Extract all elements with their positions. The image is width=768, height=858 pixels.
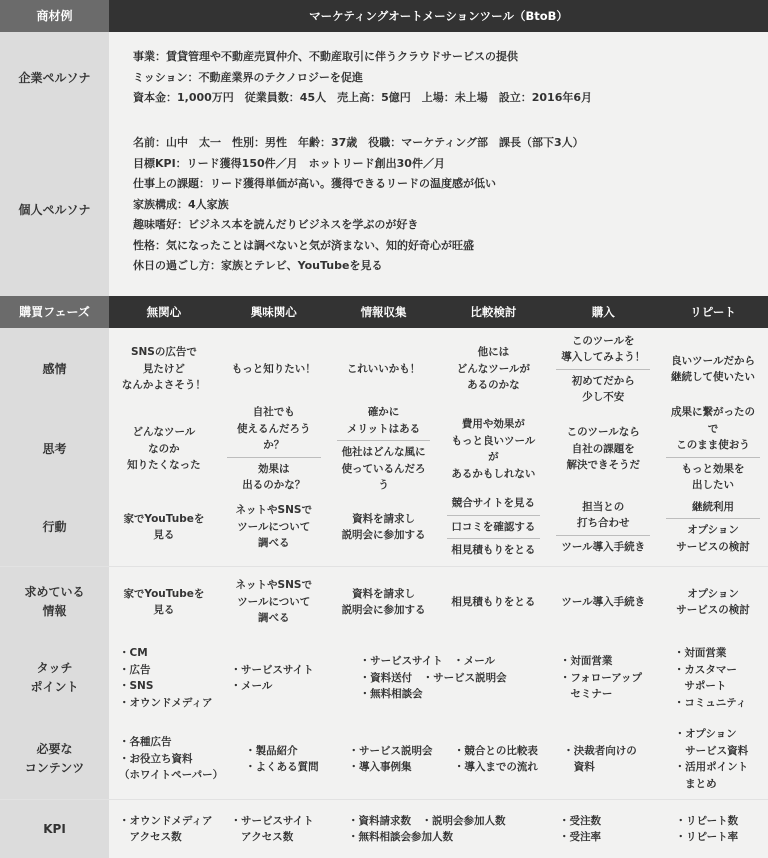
individual-line: 休日の過ごし方：家族とテレビ、YouTubeを見る	[133, 256, 768, 277]
info-cell: ツール導入手続き	[548, 567, 658, 637]
company-persona-body: 事業：賃貸管理や不動産売買仲介、不動産取引に伴うクラウドサービスの提供 ミッショ…	[109, 32, 768, 124]
phase-header: 無関心 興味関心 情報収集 比較検討 購入 リピート	[109, 296, 768, 328]
info-cell: 相見積もりをとる	[438, 567, 548, 637]
kpi-cell: ・受注数・受注率	[529, 800, 651, 858]
touchpoint-cell-wide: ・サービスサイト ・メール・資料送付 ・サービス説明会・無料相談会	[325, 637, 544, 719]
content-cell: ・決裁者向けの 資料	[547, 719, 656, 799]
info-cell: ネットやSNSでツールについて調べる	[219, 567, 329, 637]
info-cell: 資料を請求し説明会に参加する	[329, 567, 439, 637]
info-cell: 家でYouTubeを見る	[109, 567, 219, 637]
phase-research: 情報収集	[329, 296, 439, 328]
emotion-cell: もっと知りたい！	[219, 328, 329, 410]
phase-header-label: 購買フェーズ	[0, 296, 109, 328]
info-cell: オプションサービスの検討	[658, 567, 768, 637]
kpi-row: KPI ・オウンドメディア アクセス数 ・サービスサイト アクセス数 ・資料請求…	[0, 800, 768, 858]
individual-line: 目標KPI：リード獲得150件／月 ホットリード創出30件／月	[133, 154, 768, 175]
emotion-cell: 良いツールだから継続して使いたい	[658, 328, 768, 410]
emotion-cell: これいいかも！	[329, 328, 439, 410]
company-persona-row: 企業ペルソナ 事業：賃貸管理や不動産売買仲介、不動産取引に伴うクラウドサービスの…	[0, 32, 768, 124]
action-cell: 競合サイトを見る口コミを確認する相見積もりをとる	[438, 488, 548, 566]
individual-line: 名前：山中 太一 性別：男性 年齢：37歳 役職：マーケティング部 課長（部下3…	[133, 133, 768, 154]
phase-header-row: 購買フェーズ 無関心 興味関心 情報収集 比較検討 購入 リピート	[0, 296, 768, 328]
individual-persona-label: 個人ペルソナ	[0, 124, 109, 296]
emotion-row: 感情 SNSの広告で見たけどなんかよさそう！ もっと知りたい！ これいいかも！ …	[0, 328, 768, 410]
thought-cell: 自社でも使えるんだろうか？効果は出るのかな？	[219, 410, 329, 488]
thought-row: 思考 どんなツールなのか知りたくなった 自社でも使えるんだろうか？効果は出るのか…	[0, 410, 768, 488]
thought-cell: 確かにメリットはある他社はどんな風に使っているんだろう	[329, 410, 439, 488]
touchpoint-row: タッチポイント ・CM・広告・SNS・オウンドメディア ・サービスサイト・メール…	[0, 637, 768, 719]
touchpoint-cell: ・対面営業・フォローアップ セミナー	[544, 637, 654, 719]
individual-line: 性格：気になったことは調べないと気が済まない、知的好奇心が旺盛	[133, 236, 768, 257]
emotion-label: 感情	[0, 328, 109, 410]
content-label: 必要なコンテンツ	[0, 719, 109, 799]
action-label: 行動	[0, 488, 109, 566]
phase-unaware: 無関心	[109, 296, 219, 328]
individual-line: 家族構成：4人家族	[133, 195, 768, 216]
emotion-cell: 他にはどんなツールがあるのかな	[438, 328, 548, 410]
individual-line: 趣味嗜好：ビジネス本を読んだりビジネスを学ぶのが好き	[133, 215, 768, 236]
kpi-cell: ・リピート数・リピート率	[652, 800, 768, 858]
action-cell: 資料を請求し説明会に参加する	[329, 488, 439, 566]
thought-cell: 成果に繋がったのでこのまま使おうもっと効果を出したい	[658, 410, 768, 488]
touchpoint-label: タッチポイント	[0, 637, 109, 719]
content-cell: ・オプション サービス資料・活用ポイント まとめ	[657, 719, 768, 799]
phase-interest: 興味関心	[219, 296, 329, 328]
kpi-cell: ・オウンドメディア アクセス数	[109, 800, 217, 858]
phase-repeat: リピート	[658, 296, 768, 328]
info-label: 求めている情報	[0, 567, 109, 637]
thought-cell: どんなツールなのか知りたくなった	[109, 410, 219, 488]
content-cell: ・製品紹介・よくある質問	[227, 719, 338, 799]
emotion-cell: このツールを導入してみよう！初めてだから少し不安	[548, 328, 658, 410]
kpi-cell: ・サービスサイト アクセス数	[217, 800, 323, 858]
action-cell: 家でYouTubeを見る	[109, 488, 219, 566]
content-cell: ・競合との比較表・導入までの流れ	[442, 719, 547, 799]
header-label: 商材例	[0, 0, 109, 32]
thought-cell: 費用や効果がもっと良いツールがあるかもしれない	[438, 410, 548, 488]
action-cell: 継続利用オプションサービスの検討	[658, 488, 768, 566]
individual-persona-body: 名前：山中 太一 性別：男性 年齢：37歳 役職：マーケティング部 課長（部下3…	[109, 124, 768, 296]
individual-line: 仕事上の課題：リード獲得単価が高い。獲得できるリードの温度感が低い	[133, 174, 768, 195]
thought-label: 思考	[0, 410, 109, 488]
action-row: 行動 家でYouTubeを見る ネットやSNSでツールについて調べる 資料を請求…	[0, 488, 768, 566]
company-persona-label: 企業ペルソナ	[0, 32, 109, 124]
company-line: ミッション：不動産業界のテクノロジーを促進	[133, 68, 768, 89]
thought-cell: このツールなら自社の課題を解決できそうだ	[548, 410, 658, 488]
header-row: 商材例 マーケティングオートメーションツール（BtoB）	[0, 0, 768, 32]
company-line: 事業：賃貸管理や不動産売買仲介、不動産取引に伴うクラウドサービスの提供	[133, 47, 768, 68]
emotion-cell: SNSの広告で見たけどなんかよさそう！	[109, 328, 219, 410]
phase-comparison: 比較検討	[438, 296, 548, 328]
action-cell: 担当との打ち合わせツール導入手続き	[548, 488, 658, 566]
touchpoint-cell: ・サービスサイト・メール	[217, 637, 325, 719]
content-cell: ・サービス説明会・導入事例集	[339, 719, 442, 799]
kpi-label: KPI	[0, 800, 109, 858]
touchpoint-cell: ・CM・広告・SNS・オウンドメディア	[109, 637, 217, 719]
phase-purchase: 購入	[548, 296, 658, 328]
content-cell: ・各種広告・お役立ち資料（ホワイトペーパー）	[109, 719, 227, 799]
content-row: 必要なコンテンツ ・各種広告・お役立ち資料（ホワイトペーパー） ・製品紹介・よく…	[0, 719, 768, 799]
company-line: 資本金：1,000万円 従業員数：45人 売上高：5億円 上場：未上場 設立：2…	[133, 88, 768, 109]
info-row: 求めている情報 家でYouTubeを見る ネットやSNSでツールについて調べる …	[0, 567, 768, 637]
header-title: マーケティングオートメーションツール（BtoB）	[109, 0, 768, 32]
touchpoint-cell: ・対面営業・カスタマー サポート・コミュニティ	[654, 637, 768, 719]
action-cell: ネットやSNSでツールについて調べる	[219, 488, 329, 566]
individual-persona-row: 個人ペルソナ 名前：山中 太一 性別：男性 年齢：37歳 役職：マーケティング部…	[0, 124, 768, 296]
kpi-cell-wide: ・資料請求数 ・説明会参加人数・無料相談会参加人数	[323, 800, 529, 858]
